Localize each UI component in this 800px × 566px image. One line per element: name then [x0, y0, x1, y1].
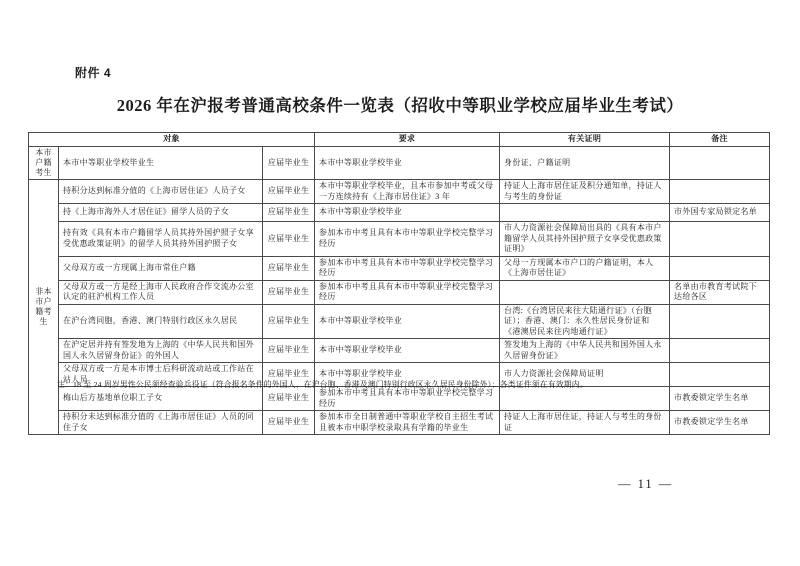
- cell-remark: [670, 339, 770, 363]
- cell-remark: [670, 256, 770, 280]
- cell-requirement: 本市中等职业学校毕业: [315, 147, 500, 180]
- cell-requirement: 参加本市中考且具有本市中等职业学校完整学习经历: [315, 256, 500, 280]
- table-row: 非本市户籍考生 持积分达到标准分值的《上海市居住证》人员子女 应届毕业生 本市中…: [29, 180, 770, 204]
- header-remark: 备注: [670, 133, 770, 147]
- header-requirement: 要求: [315, 133, 500, 147]
- cell-requirement: 本市中等职业学校毕业: [315, 304, 500, 339]
- cell-object: 在沪台湾同胞，香港、澳门特别行政区永久居民: [59, 304, 263, 339]
- cell-object: 父母双方或一方是经上海市人民政府合作交流办公室认定的驻沪机构工作人员: [59, 280, 263, 304]
- cell-remark: 市教委锁定学生名单: [670, 411, 770, 435]
- cell-requirement: 本市中等职业学校毕业: [315, 204, 500, 222]
- cell-status: 应届毕业生: [263, 204, 315, 222]
- group-label-local: 本市户籍考生: [29, 147, 59, 180]
- header-object: 对象: [29, 133, 315, 147]
- cell-requirement: 参加本市中考且具有本市中等职业学校完整学习经历: [315, 222, 500, 257]
- table-header-row: 对象 要求 有关证明 备注: [29, 133, 770, 147]
- cell-status: 应届毕业生: [263, 256, 315, 280]
- cell-status: 应届毕业生: [263, 222, 315, 257]
- cell-certificate: 持证人上海市居住证，持证人与考生的身份证: [500, 411, 670, 435]
- table-row: 在沪台湾同胞，香港、澳门特别行政区永久居民 应届毕业生 本市中等职业学校毕业 台…: [29, 304, 770, 339]
- cell-status: 应届毕业生: [263, 387, 315, 411]
- cell-remark: 市外国专家局锁定名单: [670, 204, 770, 222]
- cell-certificate: 身份证、户籍证明: [500, 147, 670, 180]
- cell-status: 应届毕业生: [263, 304, 315, 339]
- cell-certificate: 市人力资源社会保障局出具的《具有本市户籍留学人员其持外国护照子女享受优惠政策证明…: [500, 222, 670, 257]
- cell-object: 在沪定居并持有签发地为上海的《中华人民共和国外国人永久居留身份证》的外国人: [59, 339, 263, 363]
- cell-remark: [670, 147, 770, 180]
- cell-certificate: 持证人上海市居住证及积分通知单，持证人与考生的身份证: [500, 180, 670, 204]
- group-label-nonlocal: 非本市户籍考生: [29, 180, 59, 435]
- table-row: 父母双方或一方现属上海市常住户籍 应届毕业生 参加本市中考且具有本市中等职业学校…: [29, 256, 770, 280]
- cell-remark: [670, 304, 770, 339]
- table-row: 持积分未达到标准分值的《上海市居住证》人员的同住子女 应届毕业生 参加本市全日制…: [29, 411, 770, 435]
- cell-certificate: [500, 204, 670, 222]
- table-row: 在沪定居并持有签发地为上海的《中华人民共和国外国人永久居留身份证》的外国人 应届…: [29, 339, 770, 363]
- cell-remark: 名单由市教育考试院下达给各区: [670, 280, 770, 304]
- cell-status: 应届毕业生: [263, 147, 315, 180]
- cell-object: 持积分未达到标准分值的《上海市居住证》人员的同住子女: [59, 411, 263, 435]
- footnote: 注：18 至 24 周岁男性公民须经查验兵役证（符合报名条件的外国人、在沪台胞、…: [57, 380, 767, 390]
- cell-object: 梅山后方基地单位职工子女: [59, 387, 263, 411]
- attachment-label: 附件 4: [75, 64, 111, 81]
- cell-certificate: 父母一方现属本市户口的户籍证明，本人《上海市居住证》: [500, 256, 670, 280]
- cell-object: 父母双方或一方现属上海市常住户籍: [59, 256, 263, 280]
- cell-certificate: [500, 387, 670, 411]
- cell-remark: 市教委锁定学生名单: [670, 387, 770, 411]
- cell-certificate: [500, 280, 670, 304]
- cell-requirement: 本市中等职业学校毕业: [315, 339, 500, 363]
- cell-remark: [670, 222, 770, 257]
- cell-status: 应届毕业生: [263, 180, 315, 204]
- cell-certificate: 签发地为上海的《中华人民共和国外国人永久居留身份证》: [500, 339, 670, 363]
- cell-requirement: 本市中等职业学校毕业，且本市参加中考或父母一方连续持有《上海市居住证》3 年: [315, 180, 500, 204]
- cell-object: 持《上海市海外人才居住证》留学人员的子女: [59, 204, 263, 222]
- table-row: 梅山后方基地单位职工子女 应届毕业生 参加本市中考且具有本市中等职业学校完整学习…: [29, 387, 770, 411]
- page-title: 2026 年在沪报考普通高校条件一览表（招收中等职业学校应届毕业生考试）: [0, 92, 800, 116]
- cell-status: 应届毕业生: [263, 411, 315, 435]
- table-row: 本市户籍考生 本市中等职业学校毕业生 应届毕业生 本市中等职业学校毕业 身份证、…: [29, 147, 770, 180]
- cell-requirement: 参加本市中考且具有本市中等职业学校完整学习经历: [315, 280, 500, 304]
- cell-remark: [670, 180, 770, 204]
- cell-object: 持积分达到标准分值的《上海市居住证》人员子女: [59, 180, 263, 204]
- document-page: 附件 4 2026 年在沪报考普通高校条件一览表（招收中等职业学校应届毕业生考试…: [0, 0, 800, 566]
- cell-requirement: 参加本市全日制普通中等职业学校自主招生考试且被本市中职学校录取具有学籍的毕业生: [315, 411, 500, 435]
- cell-object: 本市中等职业学校毕业生: [59, 147, 263, 180]
- table-row: 持有效《具有本市户籍留学人员其持外国护照子女享受优惠政策证明》的留学人员其持外国…: [29, 222, 770, 257]
- cell-status: 应届毕业生: [263, 339, 315, 363]
- cell-requirement: 参加本市中考且具有本市中等职业学校完整学习经历: [315, 387, 500, 411]
- cell-status: 应届毕业生: [263, 280, 315, 304]
- cell-object: 持有效《具有本市户籍留学人员其持外国护照子女享受优惠政策证明》的留学人员其持外国…: [59, 222, 263, 257]
- header-certificate: 有关证明: [500, 133, 670, 147]
- page-number: — 11 —: [618, 477, 673, 492]
- table-row: 持《上海市海外人才居住证》留学人员的子女 应届毕业生 本市中等职业学校毕业 市外…: [29, 204, 770, 222]
- table-row: 父母双方或一方是经上海市人民政府合作交流办公室认定的驻沪机构工作人员 应届毕业生…: [29, 280, 770, 304]
- cell-certificate: 台湾:《台湾居民来往大陆通行证》（台胞证）；香港、澳门：永久性居民身份证和《港澳…: [500, 304, 670, 339]
